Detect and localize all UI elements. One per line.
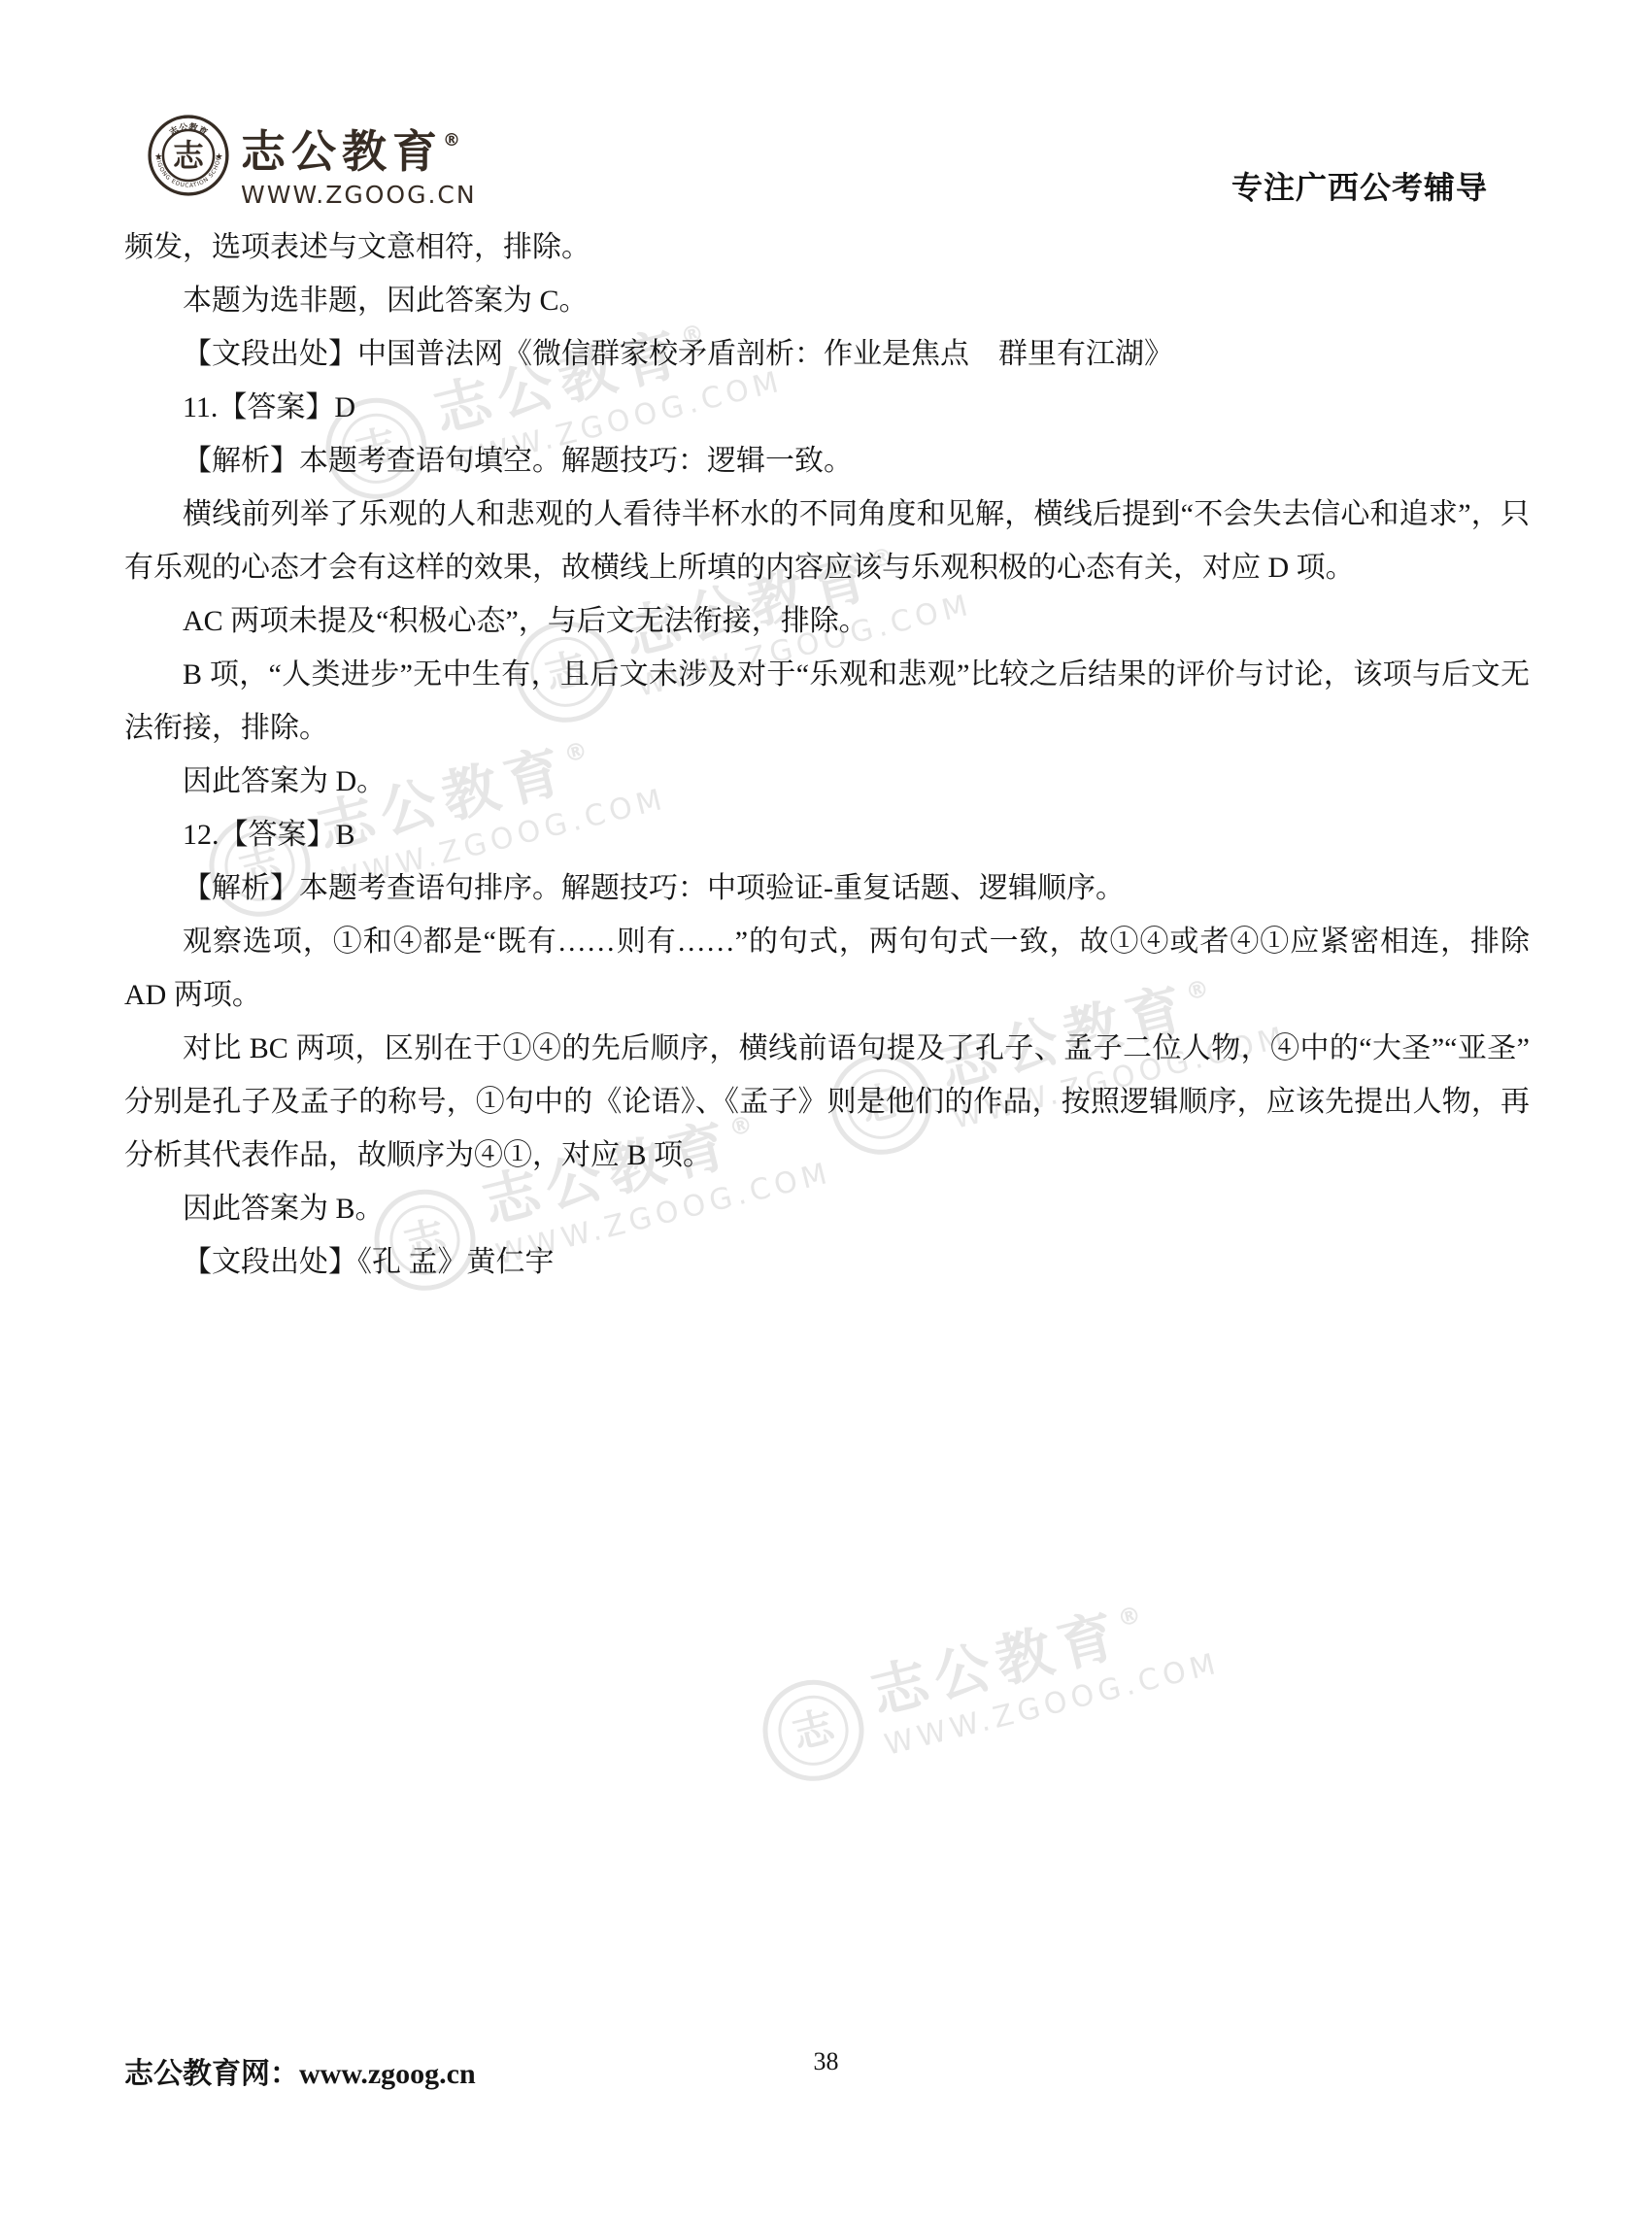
brand-logo: 志公教育 ZHIGONG EDUCATION SCHOOL ★ ★ 志 志公教育… xyxy=(148,115,477,209)
paragraph: 【解析】本题考查语句填空。解题技巧：逻辑一致。 xyxy=(124,434,1530,488)
paragraph: 观察选项，①和④都是“既有……则有……”的句式，两句句式一致，故①④或者④①应紧… xyxy=(124,915,1530,1022)
seal-center-char: 志 xyxy=(173,137,205,174)
seal-star-right: ★ xyxy=(216,152,223,160)
paragraph: 【解析】本题考查语句排序。解题技巧：中项验证-重复话题、逻辑顺序。 xyxy=(124,861,1530,915)
paragraph: 【文段出处】中国普法网《微信群家校矛盾剖析：作业是焦点 群里有江湖》 xyxy=(124,327,1530,381)
paragraph: 对比 BC 两项，区别在于①④的先后顺序，横线前语句提及了孔子、孟子二位人物，④… xyxy=(124,1022,1530,1182)
watermark: 志 志公教育® WWW.ZGOOG.COM xyxy=(752,1582,1223,1792)
paragraph: B 项，“人类进步”无中生有，且后文未涉及对于“乐观和悲观”比较之后结果的评价与… xyxy=(124,648,1530,755)
paragraph: 横线前列举了乐观的人和悲观的人看待半杯水的不同角度和见解，横线后提到“不会失去信… xyxy=(124,488,1530,594)
seal-star-left: ★ xyxy=(155,152,163,160)
paragraph: 本题为选非题，因此答案为 C。 xyxy=(124,274,1530,327)
header-tagline: 专注广西公考辅导 xyxy=(1231,163,1488,208)
watermark-seal-icon: 志 xyxy=(752,1669,874,1792)
document-page: 志 志公教育® WWW.ZGOOG.COM 志 志公教育® WWW.ZGOOG.… xyxy=(0,0,1652,2225)
paragraph: AC 两项未提及“积极心态”，与后文无法衔接，排除。 xyxy=(124,594,1530,648)
paragraph: 因此答案为 D。 xyxy=(124,755,1530,808)
registered-mark: ® xyxy=(443,130,460,151)
logo-brand-text: 志公教育® xyxy=(241,117,477,176)
logo-website: WWW.ZGOOG.CN xyxy=(241,181,477,209)
paragraph: 11.【答案】D xyxy=(124,381,1530,434)
paragraph: 【文段出处】《孔 孟》黄仁宇 xyxy=(124,1235,1530,1289)
page-number: 38 xyxy=(0,2047,1652,2076)
body-text: 频发，选项表述与文意相符，排除。本题为选非题，因此答案为 C。【文段出处】中国普… xyxy=(124,220,1530,1289)
watermark-seal-char: 志 xyxy=(771,1688,856,1772)
paragraph: 频发，选项表述与文意相符，排除。 xyxy=(124,220,1530,274)
paragraph: 因此答案为 B。 xyxy=(124,1182,1530,1235)
paragraph: 12.【答案】B xyxy=(124,808,1530,861)
logo-seal-icon: 志公教育 ZHIGONG EDUCATION SCHOOL ★ ★ 志 xyxy=(148,115,229,196)
